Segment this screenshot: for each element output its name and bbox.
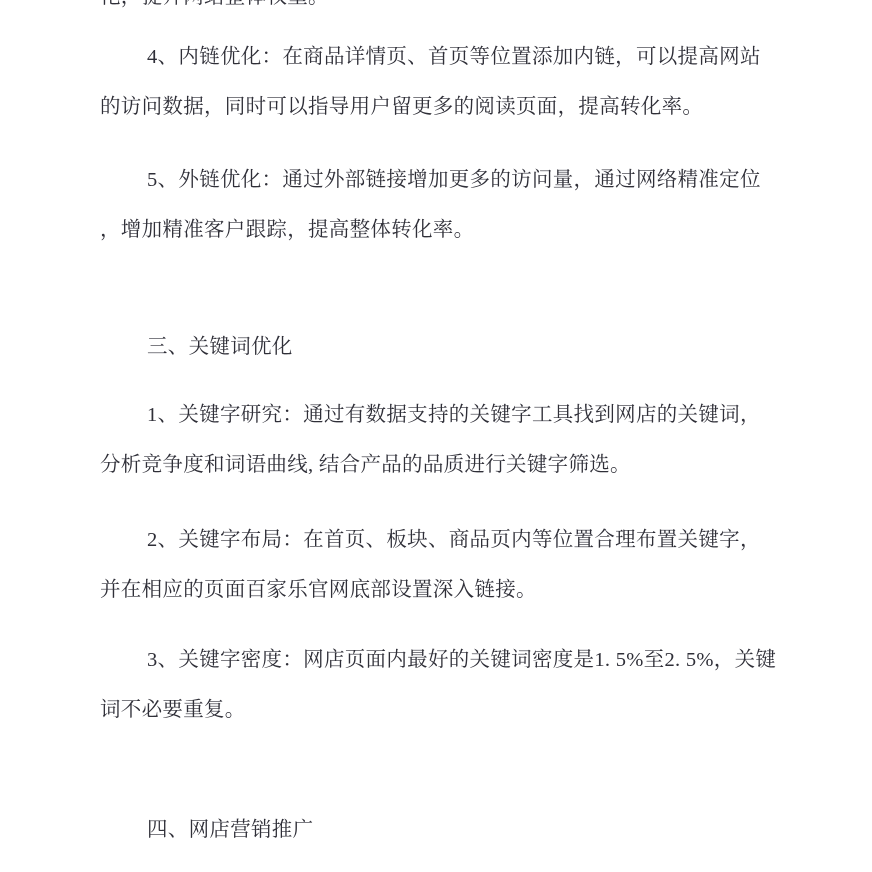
document-page: 化，提升网站整体权重。 4、内链优化：在商品详情页、首页等位置添加内链，可以提高… — [0, 0, 872, 872]
paragraph-line: 的访问数据，同时可以指导用户留更多的阅读页面，提高转化率。 — [100, 82, 762, 132]
paragraph-line: 2、关键字布局：在首页、板块、商品页内等位置合理布置关键字， — [100, 515, 762, 565]
paragraph-line: ，增加精准客户跟踪，提高整体转化率。 — [100, 205, 762, 255]
paragraph-line: 5、外链优化：通过外部链接增加更多的访问量，通过网络精准定位 — [100, 155, 762, 205]
document-body: 化，提升网站整体权重。 4、内链优化：在商品详情页、首页等位置添加内链，可以提高… — [0, 0, 872, 855]
paragraph-line: 4、内链优化：在商品详情页、首页等位置添加内链，可以提高网站 — [100, 32, 762, 82]
paragraph-line: 词不必要重复。 — [100, 685, 762, 735]
paragraph-line: 并在相应的页面百家乐官网底部设置深入链接。 — [100, 565, 762, 615]
paragraph-line: 1、关键字研究：通过有数据支持的关键字工具找到网店的关键词， — [100, 390, 762, 440]
paragraph-line: 3、关键字密度：网店页面内最好的关键词密度是1. 5%至2. 5%，关键 — [100, 635, 762, 685]
section-heading-keywords: 三、关键词优化 — [100, 322, 762, 372]
clipped-text-line: 化，提升网站整体权重。 — [100, 0, 762, 22]
section-heading-marketing: 四、网店营销推广 — [100, 805, 762, 855]
paragraph-line: 分析竞争度和词语曲线, 结合产品的品质进行关键字筛选。 — [100, 440, 762, 490]
